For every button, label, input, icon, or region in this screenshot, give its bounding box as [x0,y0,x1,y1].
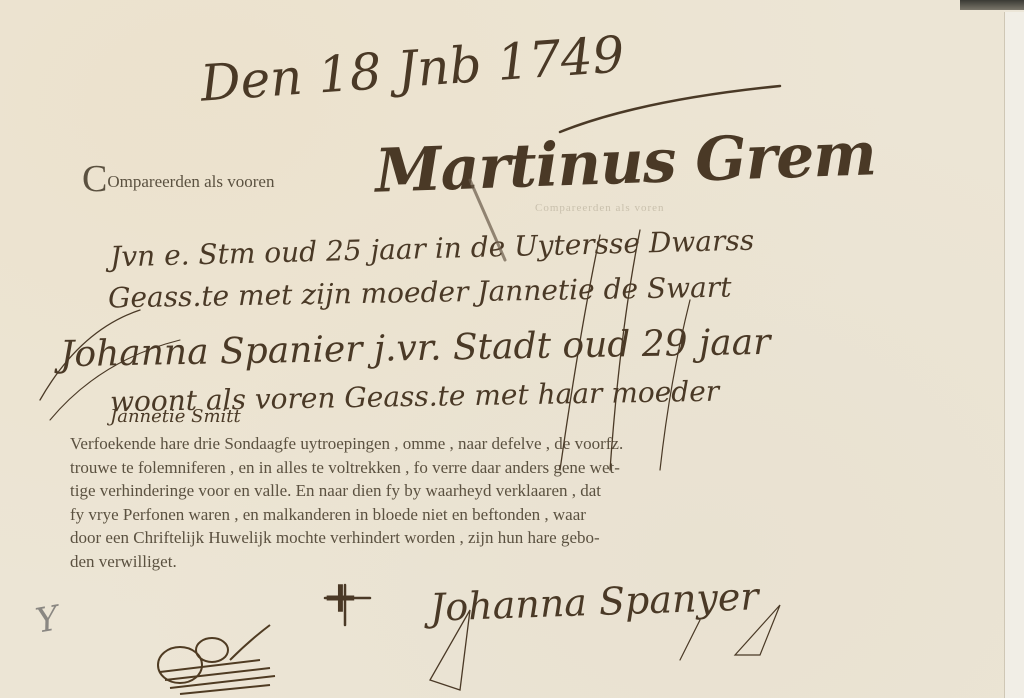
signature-descender [735,605,780,655]
signature-descender [430,610,470,690]
j-loop-stroke [40,310,140,400]
j-loop-stroke [50,340,180,420]
descender-stroke [610,230,640,470]
descender-stroke [660,300,690,470]
date-underline-flourish [560,86,780,132]
signature-descender [680,620,700,660]
stray-stroke [470,180,505,260]
scribble-mark [158,625,275,694]
descender-stroke [560,235,600,470]
cross-strokes [325,585,370,625]
pen-flourishes [0,0,1024,698]
